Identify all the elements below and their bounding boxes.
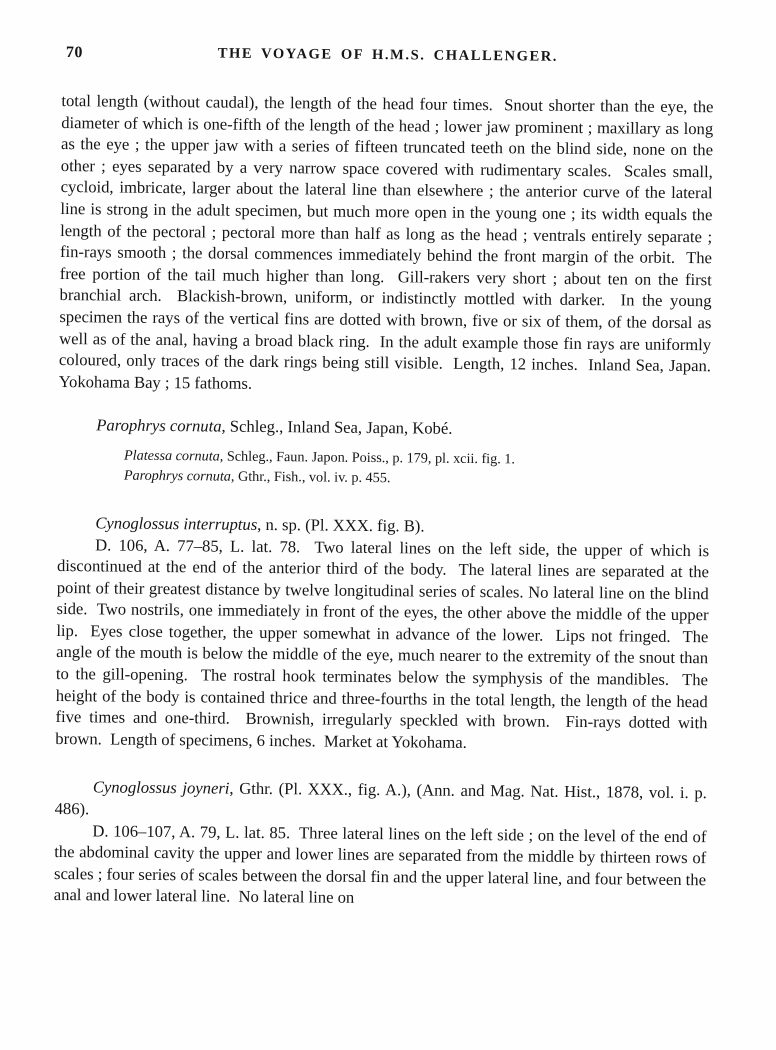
synonym-citation: , Gthr., Fish., vol. iv. p. 455. [231,469,391,487]
synonym-name-italic: Platessa cornuta [124,448,220,465]
page-number: 70 [66,44,83,62]
paragraph-continuation-description: total length (without caudal), the lengt… [59,90,714,399]
page-content: 70 THE VOYAGE OF H.M.S. CHALLENGER. tota… [54,44,714,912]
species-heading-rest: , n. sp. (Pl. XXX. fig. B). [257,515,425,536]
species-heading-cynoglossus-joyneri: Cynoglossus joyneri, Gthr. (Pl. XXX., fi… [55,776,707,825]
species-heading-rest: , Schleg., Inland Sea, Japan, Kobé. [221,417,452,438]
species-name-italic: Cynoglossus interruptus [95,513,257,534]
synonymy-list: Platessa cornuta, Schleg., Faun. Japon. … [124,446,710,492]
book-page: 70 THE VOYAGE OF H.M.S. CHALLENGER. tota… [0,0,776,1050]
synonym-citation: , Schleg., Faun. Japon. Poiss., p. 179, … [220,448,515,467]
species-heading-parophrys-cornuta: Parophrys cornuta, Schleg., Inland Sea, … [58,414,710,442]
synonym-name-italic: Parophrys cornuta [124,468,231,485]
paragraph-cynoglossus-interruptus-description: D. 106, A. 77–85, L. lat. 78. Two latera… [55,533,709,755]
paragraph-cynoglossus-joyneri-description: D. 106–107, A. 79, L. lat. 85. Three lat… [54,820,707,913]
species-name-italic: Parophrys cornuta [96,416,221,436]
running-title: THE VOYAGE OF H.M.S. CHALLENGER. [62,44,714,67]
synonymy-entry-parophrys-cornuta: Parophrys cornuta, Gthr., Fish., vol. iv… [124,466,710,492]
running-header: 70 THE VOYAGE OF H.M.S. CHALLENGER. [62,44,714,72]
species-name-italic: Cynoglossus joyneri [93,778,230,798]
